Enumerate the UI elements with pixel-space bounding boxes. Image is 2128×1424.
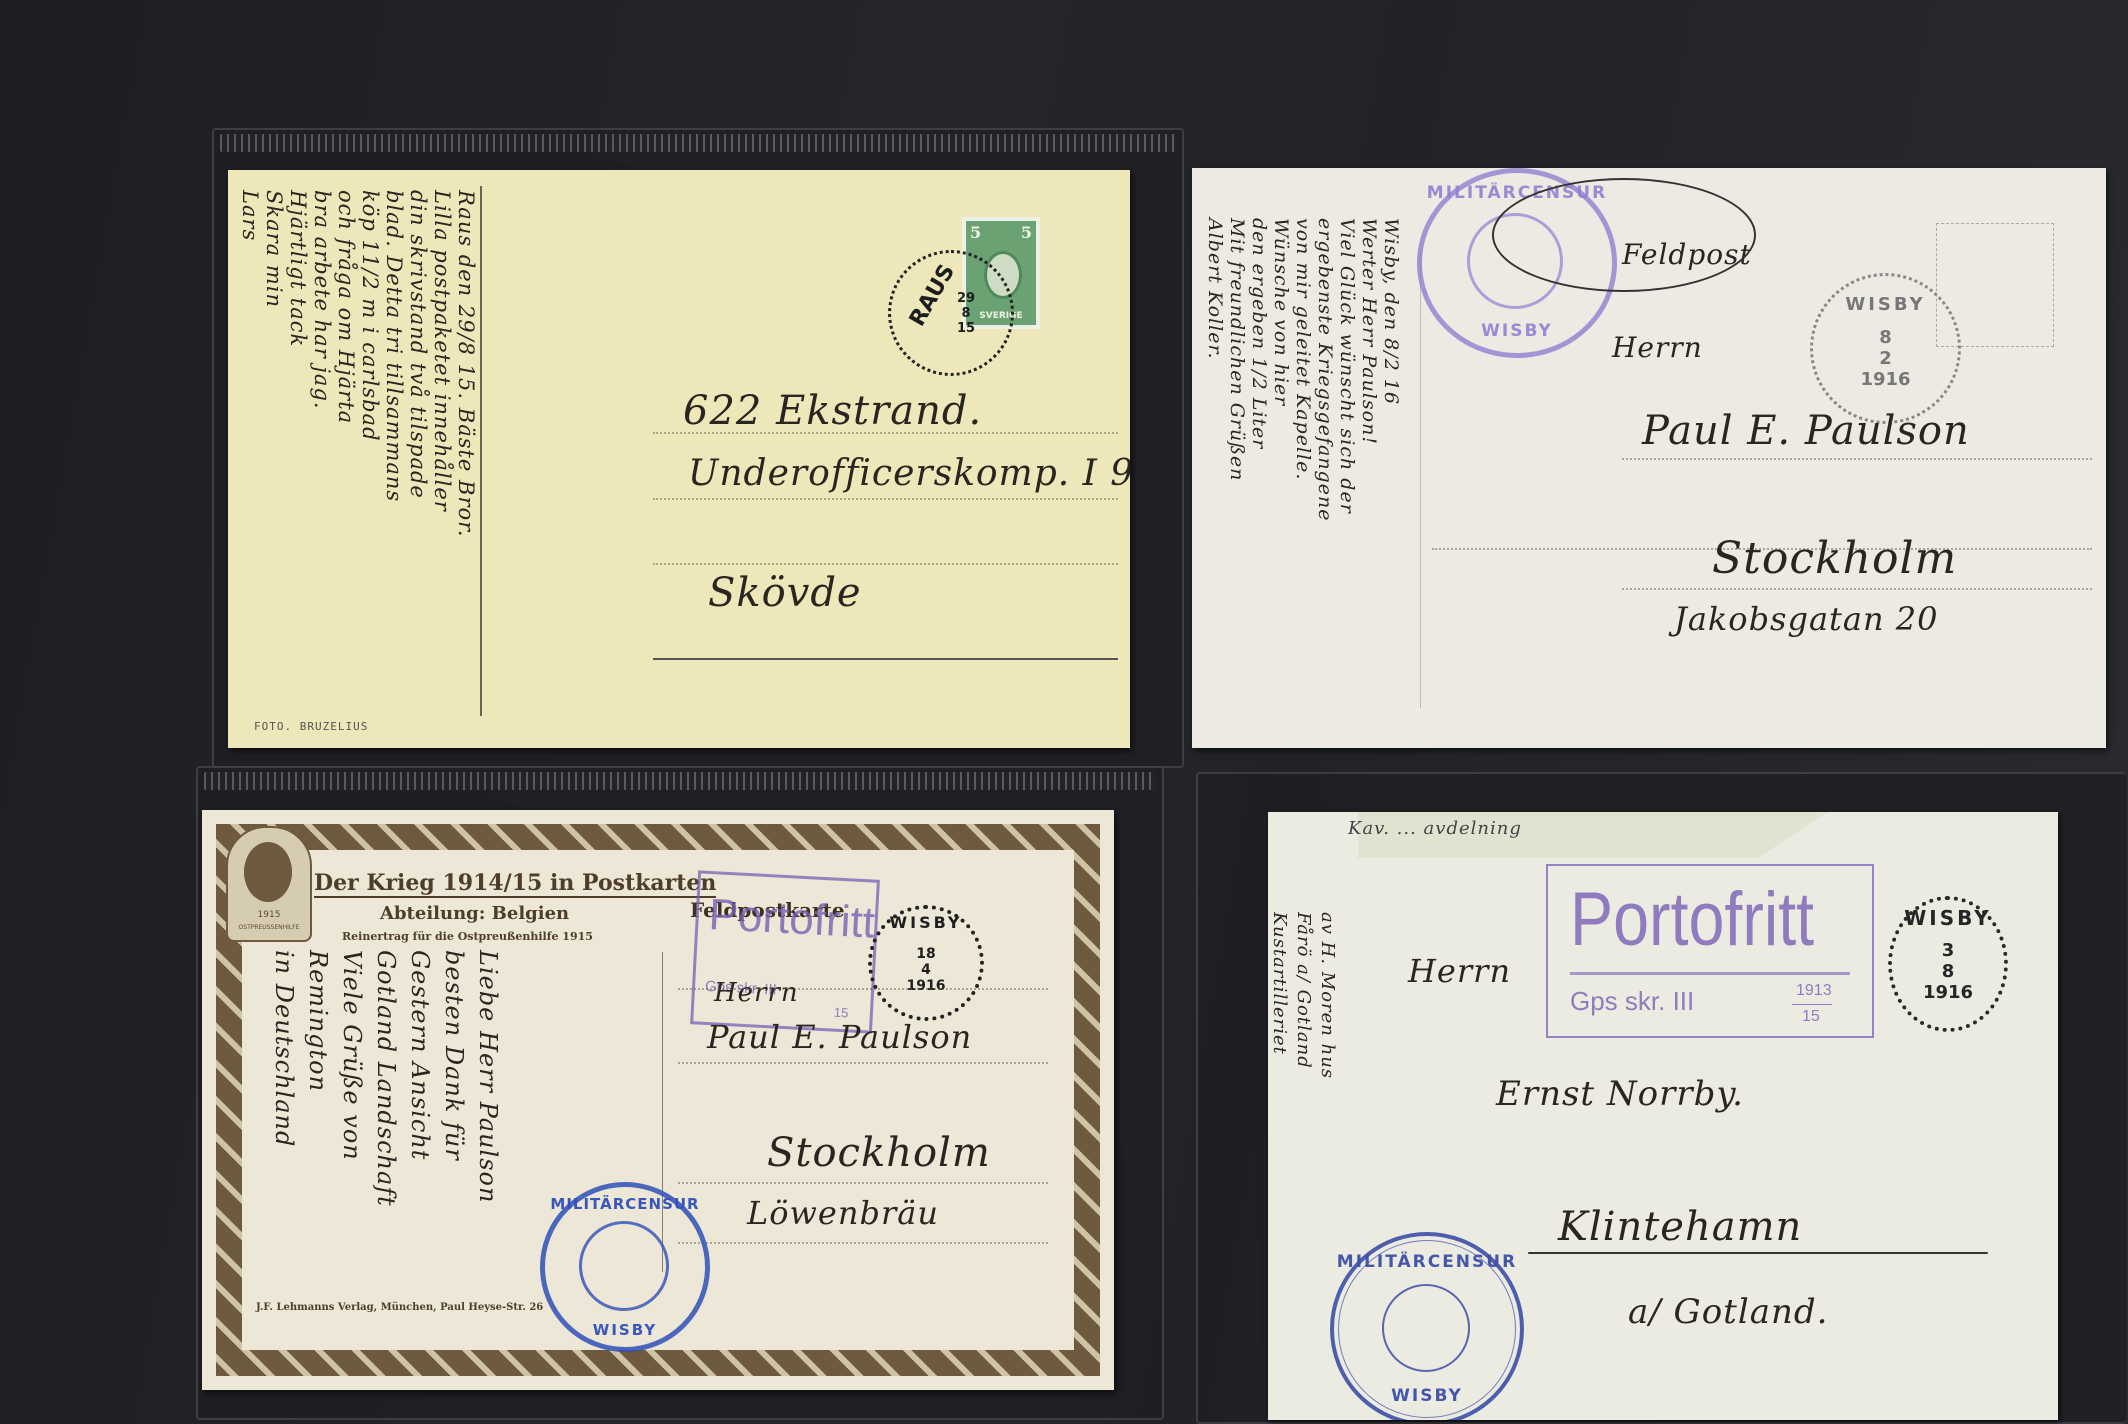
message-line: Skara min <box>262 190 286 308</box>
message-line: Wisby, den 8/2 16 <box>1380 218 1402 405</box>
message-line: Raus den 29/8 15. Bäste Bror. <box>454 190 478 538</box>
message-line: Albert Koller. <box>1204 218 1226 360</box>
message-line: Viele Grüße von <box>338 950 366 1161</box>
message-line: den ergeben 1/2 Liter <box>1248 218 1270 449</box>
portofritt-stamp: Portofritt Gps skr. III 15 <box>690 870 880 1033</box>
address-line-3: Skövde <box>708 570 862 616</box>
address-salutation: Herrn <box>1612 331 1703 364</box>
message-line: Viel Glück wünscht sich der <box>1336 218 1358 514</box>
message-line: av H. Moren hus <box>1317 912 1338 1079</box>
feldpostkarte-krieg-1914-15: 1915 OSTPREUSSENHILFE Der Krieg 1914/15 … <box>202 810 1114 1390</box>
address-rule <box>653 432 1118 434</box>
postcard-raus: Raus den 29/8 15. Bäste Bror.Lilla postp… <box>228 170 1130 748</box>
cover-ernst-norrby: Kav. ... avdelning av H. Moren husFårö a… <box>1268 812 2058 1420</box>
censor-stamp-militarcensur: MILITÄRCENSUR WISBY <box>540 1182 710 1352</box>
address-rule <box>653 658 1118 660</box>
message-line: in Deutschland <box>270 950 298 1147</box>
publisher-line: J.F. Lehmanns Verlag, München, Paul Heys… <box>256 1302 543 1313</box>
printed-note: Reinertrag für die Ostpreußenhilfe 1915 <box>342 930 593 943</box>
postmark-wisby: WISBY 3 8 1916 <box>1888 896 2008 1032</box>
censor-stamp-militarcensur: MILITÄRCENSUR WISBY <box>1330 1232 1524 1420</box>
message-line: Lars <box>238 190 262 241</box>
address-salutation: Herrn <box>714 978 799 1008</box>
printed-subtitle: Abteilung: Belgien <box>380 903 569 924</box>
address-rule <box>1622 458 2092 460</box>
message-line: Wünsche von hier <box>1270 218 1292 406</box>
stamp-value-left: 5 <box>970 223 981 242</box>
tree-icon <box>244 842 292 902</box>
address-line-2: Underofficerskomp. I 9 <box>688 453 1130 494</box>
address-rule <box>678 988 1048 990</box>
address-line-1: Ernst Norrby. <box>1496 1074 1744 1114</box>
address-rule <box>678 1182 1048 1184</box>
address-rule <box>1622 588 2092 590</box>
message-line: blad. Detta tri tillsammans <box>382 190 406 502</box>
message-line: och fråga om Hjärta <box>334 190 358 424</box>
printed-title: Der Krieg 1914/15 in Postkarten <box>314 870 716 898</box>
address-salutation: Herrn <box>1408 952 1511 990</box>
sleeve-welt <box>204 772 1156 790</box>
message-line: din skrivstand två tilspade <box>406 190 430 499</box>
message-line: Liebe Herr Paulson <box>474 950 502 1203</box>
address-line-2: Stockholm <box>767 1130 991 1176</box>
message-line: Fårö a/ Gotland <box>1293 912 1314 1069</box>
address-line-3: Jakobsgatan 20 <box>1674 600 1938 638</box>
postmark-wisby: WISBY 8 2 1916 <box>1810 273 1961 424</box>
postmark-raus: RAUS 29 8 15 <box>888 250 1014 376</box>
stamp-value-right: 5 <box>1021 223 1032 242</box>
message-line: Kustartilleriet <box>1269 912 1290 1055</box>
message-line: Hjärtligt tack <box>286 190 310 347</box>
message-line: Gestern Ansicht <box>406 950 434 1160</box>
address-line-1: Paul E. Paulson <box>707 1018 972 1056</box>
postcard-wisby-feldpost: Wisby, den 8/2 16Werter Herr Paulson!Vie… <box>1192 168 2106 748</box>
ostpreussenhilfe-emblem: 1915 OSTPREUSSENHILFE <box>226 826 312 942</box>
message-line: ergebenste Kriegsgefangene <box>1314 218 1336 521</box>
underline-flourish <box>1528 1252 1988 1254</box>
address-line-1: 622 Ekstrand. <box>683 388 982 434</box>
address-line-2: Klintehamn <box>1558 1204 1802 1250</box>
message-line: besten Dank für <box>440 950 468 1161</box>
address-rule <box>653 563 1118 565</box>
portofritt-stamp: Portofritt Gps skr. III 1913 15 <box>1546 864 1874 1038</box>
message-line: Mit freundlichen Grüßen <box>1226 218 1248 481</box>
card-divider-line <box>480 186 482 716</box>
message-line: Lilla postpaketet innehåller <box>430 190 454 512</box>
postmark-wisby: WISBY 18 4 1916 <box>868 905 984 1021</box>
message-line: bra arbete har jag. <box>310 190 334 410</box>
address-line-3: Löwenbräu <box>747 1194 939 1232</box>
feldpost-flourish <box>1492 178 1756 292</box>
message-line: von mir geleitet Kapelle. <box>1292 218 1314 480</box>
address-rule <box>678 1242 1048 1244</box>
address-line-1: Paul E. Paulson <box>1642 408 1970 454</box>
message-line: Gotland Landschaft <box>372 950 400 1207</box>
top-note: Kav. ... avdelning <box>1348 818 1522 839</box>
message-line: köp 11/2 m i carlsbad <box>358 190 382 442</box>
photo-credit: FOTO. BRUZELIUS <box>254 720 368 733</box>
sleeve-welt <box>220 134 1176 152</box>
message-line: Remington <box>304 950 332 1092</box>
address-rule <box>653 498 1118 500</box>
address-line-3: a/ Gotland. <box>1628 1292 1828 1332</box>
card-divider-line <box>1420 248 1421 708</box>
address-line-2: Stockholm <box>1712 533 1957 584</box>
address-rule <box>678 1062 1048 1064</box>
message-line: Werter Herr Paulson! <box>1358 218 1380 445</box>
